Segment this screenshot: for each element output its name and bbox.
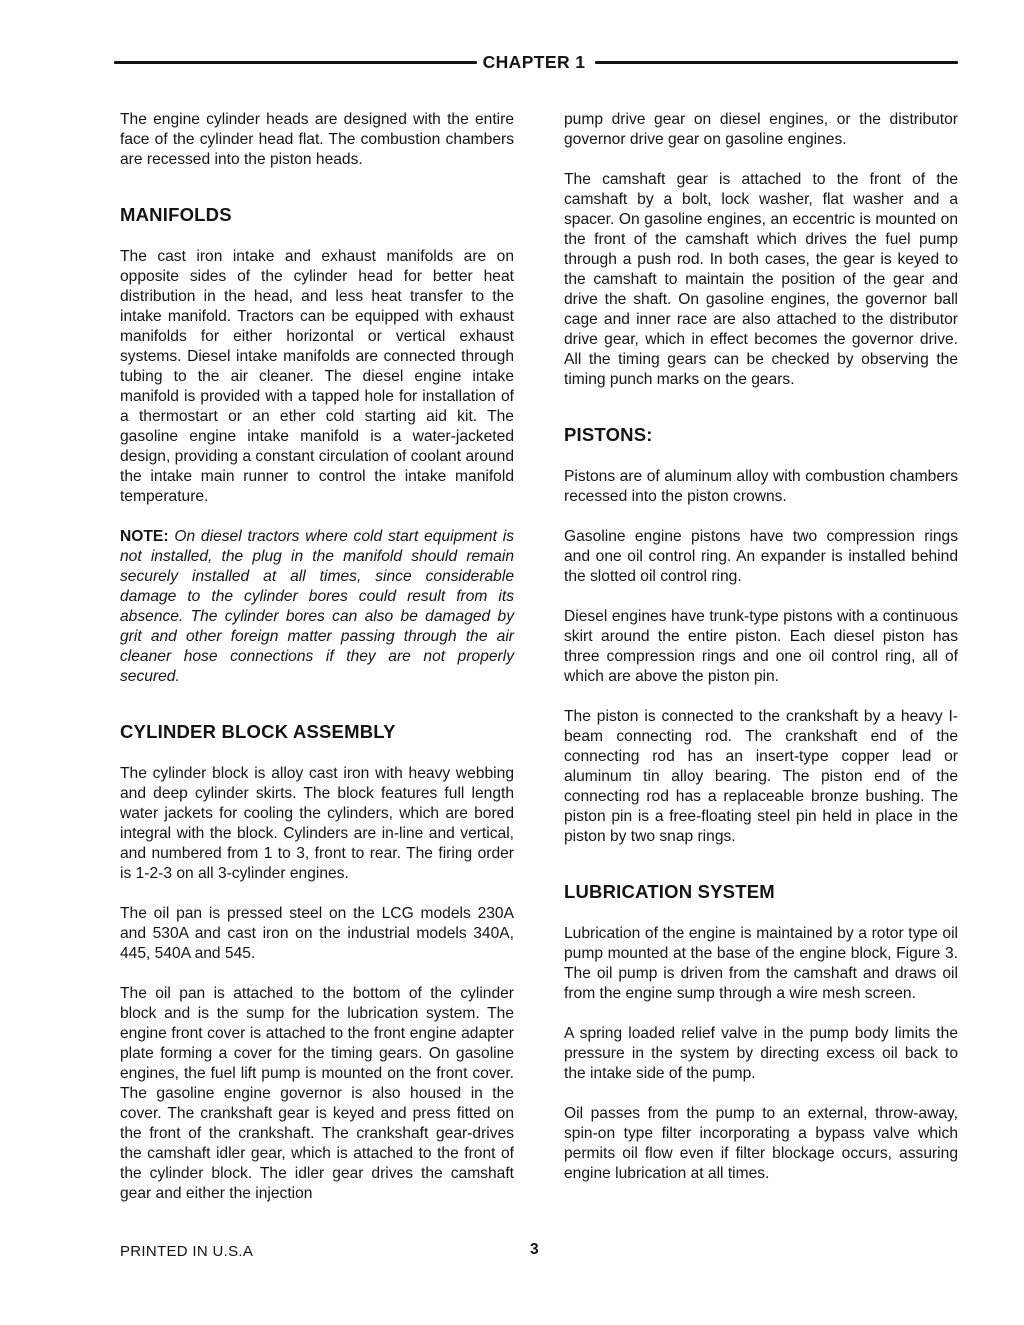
note-paragraph: NOTE: On diesel tractors where cold star…: [120, 527, 514, 687]
paragraph-oil-filter: Oil passes from the pump to an external,…: [564, 1104, 958, 1184]
paragraph-lubrication: Lubrication of the engine is maintained …: [564, 924, 958, 1004]
chapter-header: CHAPTER 1: [114, 52, 958, 73]
paragraph-oil-pan-attached: The oil pan is attached to the bottom of…: [120, 984, 514, 1204]
paragraph-camshaft-gear: The camshaft gear is attached to the fro…: [564, 170, 958, 390]
paragraph-relief-valve: A spring loaded relief valve in the pump…: [564, 1024, 958, 1084]
header-rule-left: [114, 61, 477, 64]
note-text: On diesel tractors where cold start equi…: [120, 528, 514, 685]
paragraph-cylinder-block: The cylinder block is alloy cast iron wi…: [120, 764, 514, 884]
paragraph-oil-pan-models: The oil pan is pressed steel on the LCG …: [120, 904, 514, 964]
note-label: NOTE:: [120, 528, 169, 545]
text-columns: The engine cylinder heads are designed w…: [120, 110, 958, 1224]
paragraph-diesel-pistons: Diesel engines have trunk-type pistons w…: [564, 607, 958, 687]
section-heading-manifolds: MANIFOLDS: [120, 204, 514, 226]
manual-page: CHAPTER 1 The engine cylinder heads are …: [0, 0, 1024, 1325]
footer-printed-note: PRINTED IN U.S.A: [120, 1243, 253, 1260]
left-column: The engine cylinder heads are designed w…: [120, 110, 514, 1224]
paragraph-manifolds: The cast iron intake and exhaust manifol…: [120, 247, 514, 507]
paragraph-pump-drive: pump drive gear on diesel engines, or th…: [564, 110, 958, 150]
paragraph-gasoline-pistons: Gasoline engine pistons have two compres…: [564, 527, 958, 587]
section-heading-cylinder-block: CYLINDER BLOCK ASSEMBLY: [120, 721, 514, 743]
right-column: pump drive gear on diesel engines, or th…: [564, 110, 958, 1224]
header-rule-right: [595, 61, 958, 64]
paragraph-cylinder-heads: The engine cylinder heads are designed w…: [120, 110, 514, 170]
chapter-title: CHAPTER 1: [477, 52, 596, 73]
section-heading-pistons: PISTONS:: [564, 424, 958, 446]
section-heading-lubrication: LUBRICATION SYSTEM: [564, 881, 958, 903]
paragraph-connecting-rod: The piston is connected to the crankshaf…: [564, 707, 958, 847]
paragraph-pistons-alloy: Pistons are of aluminum alloy with combu…: [564, 467, 958, 507]
footer-page-number: 3: [530, 1241, 539, 1259]
